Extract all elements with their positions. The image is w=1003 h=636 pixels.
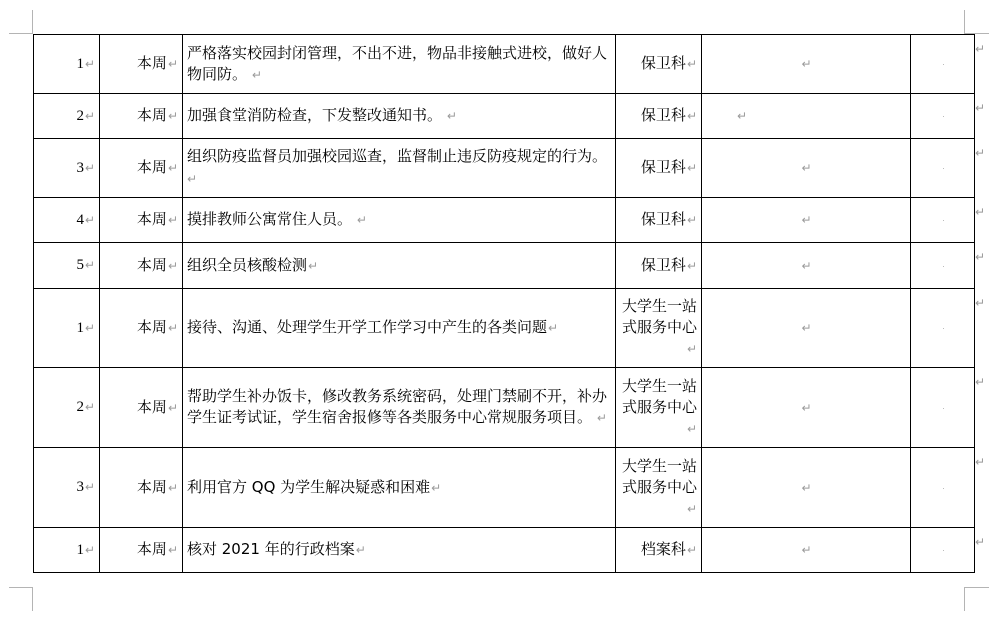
cell-timeframe[interactable]: 本周↵: [100, 139, 183, 198]
department-name: 档案科: [641, 540, 686, 558]
paragraph-mark-icon: ↵: [801, 401, 811, 415]
crop-mark-bottom-left-h: [9, 587, 33, 588]
paragraph-mark-icon: ↵: [737, 109, 747, 123]
cell-description[interactable]: 核对 2021 年的行政档案↵: [183, 528, 616, 573]
paragraph-mark-icon: ↵: [248, 68, 262, 82]
empty-cell-marker: [943, 220, 944, 221]
row-end-mark-icon: ↵: [975, 250, 985, 264]
department-name: 大学生一站式服务中心: [622, 297, 697, 336]
cell-remark[interactable]: [911, 368, 975, 448]
row-end-mark-icon: ↵: [975, 296, 985, 310]
table-row: 3↵本周↵利用官方 QQ 为学生解决疑惑和困难↵大学生一站式服务中心↵↵: [34, 448, 975, 528]
cell-note[interactable]: ↵: [702, 289, 911, 368]
crop-mark-top-left-v: [32, 10, 33, 34]
cell-department[interactable]: 大学生一站式服务中心↵: [616, 448, 702, 528]
paragraph-mark-icon: ↵: [431, 481, 441, 495]
cell-timeframe[interactable]: 本周↵: [100, 368, 183, 448]
paragraph-mark-icon: ↵: [687, 259, 697, 273]
paragraph-mark-icon: ↵: [801, 213, 811, 227]
empty-cell-marker: [943, 168, 944, 169]
department-name: 保卫科: [641, 54, 686, 72]
row-number: 4: [76, 212, 84, 228]
cell-note[interactable]: ↵: [702, 198, 911, 243]
work-plan-table: 1↵本周↵严格落实校园封闭管理，不出不进，物品非接触式进校，做好人物同防。 ↵保…: [33, 34, 975, 573]
table-row: 4↵本周↵摸排教师公寓常住人员。 ↵保卫科↵↵: [34, 198, 975, 243]
paragraph-mark-icon: ↵: [168, 161, 178, 175]
timeframe-text: 本周: [137, 318, 167, 336]
task-description: 核对 2021 年的行政档案: [187, 540, 355, 558]
cell-remark[interactable]: [911, 528, 975, 573]
cell-timeframe[interactable]: 本周↵: [100, 198, 183, 243]
cell-remark[interactable]: [911, 243, 975, 289]
cell-note[interactable]: ↵: [702, 368, 911, 448]
row-end-mark-icon: ↵: [975, 42, 985, 56]
cell-number[interactable]: 3↵: [34, 139, 100, 198]
cell-description[interactable]: 组织防疫监督员加强校园巡查，监督制止违反防疫规定的行为。 ↵: [183, 139, 616, 198]
department-name: 保卫科: [641, 106, 686, 124]
row-end-mark-icon: ↵: [975, 455, 985, 469]
task-description: 接待、沟通、处理学生开学工作学习中产生的各类问题: [187, 318, 547, 336]
crop-mark-bottom-right-h: [965, 587, 989, 588]
timeframe-text: 本周: [137, 540, 167, 558]
paragraph-mark-icon: ↵: [85, 161, 95, 175]
timeframe-text: 本周: [137, 398, 167, 416]
row-number: 2: [76, 399, 84, 415]
cell-note[interactable]: ↵: [702, 528, 911, 573]
empty-cell-marker: [943, 488, 944, 489]
paragraph-mark-icon: ↵: [168, 259, 178, 273]
row-number: 3: [76, 479, 84, 495]
cell-timeframe[interactable]: 本周↵: [100, 448, 183, 528]
table-row: 3↵本周↵组织防疫监督员加强校园巡查，监督制止违反防疫规定的行为。 ↵保卫科↵↵: [34, 139, 975, 198]
paragraph-mark-icon: ↵: [687, 213, 697, 227]
paragraph-mark-icon: ↵: [168, 57, 178, 71]
task-description: 组织全员核酸检测: [187, 256, 307, 274]
paragraph-mark-icon: ↵: [85, 321, 95, 335]
paragraph-mark-icon: ↵: [168, 321, 178, 335]
cell-description[interactable]: 组织全员核酸检测↵: [183, 243, 616, 289]
cell-note[interactable]: ↵: [702, 448, 911, 528]
row-end-mark-icon: ↵: [975, 205, 985, 219]
row-number: 2: [76, 108, 84, 124]
row-end-mark-icon: ↵: [975, 146, 985, 160]
cell-timeframe[interactable]: 本周↵: [100, 289, 183, 368]
cell-number[interactable]: 1↵: [34, 289, 100, 368]
paragraph-mark-icon: ↵: [308, 259, 318, 273]
cell-department[interactable]: 档案科↵: [616, 528, 702, 573]
row-number: 5: [76, 257, 84, 273]
cell-number[interactable]: 1↵: [34, 35, 100, 94]
cell-remark[interactable]: [911, 94, 975, 139]
paragraph-mark-icon: ↵: [593, 411, 607, 425]
timeframe-text: 本周: [137, 256, 167, 274]
timeframe-text: 本周: [137, 210, 167, 228]
paragraph-mark-icon: ↵: [443, 109, 457, 123]
paragraph-mark-icon: ↵: [801, 543, 811, 557]
paragraph-mark-icon: ↵: [801, 57, 811, 71]
department-name: 保卫科: [641, 210, 686, 228]
paragraph-mark-icon: ↵: [187, 172, 197, 186]
paragraph-mark-icon: ↵: [356, 543, 366, 557]
cell-remark[interactable]: [911, 289, 975, 368]
paragraph-mark-icon: ↵: [85, 213, 95, 227]
cell-department[interactable]: 大学生一站式服务中心↵: [616, 289, 702, 368]
cell-description[interactable]: 利用官方 QQ 为学生解决疑惑和困难↵: [183, 448, 616, 528]
department-name: 保卫科: [641, 256, 686, 274]
cell-note[interactable]: ↵: [702, 243, 911, 289]
cell-note[interactable]: ↵: [702, 35, 911, 94]
crop-mark-top-right-v: [964, 10, 965, 34]
crop-mark-top-left-h: [9, 33, 33, 34]
cell-remark[interactable]: [911, 448, 975, 528]
paragraph-mark-icon: ↵: [85, 400, 95, 414]
cell-number[interactable]: 2↵: [34, 368, 100, 448]
table-row: 1↵本周↵接待、沟通、处理学生开学工作学习中产生的各类问题↵大学生一站式服务中心…: [34, 289, 975, 368]
paragraph-mark-icon: ↵: [168, 481, 178, 495]
cell-note[interactable]: ↵: [702, 139, 911, 198]
department-name: 大学生一站式服务中心: [622, 457, 697, 496]
timeframe-text: 本周: [137, 54, 167, 72]
paragraph-mark-icon: ↵: [801, 321, 811, 335]
task-description: 组织防疫监督员加强校园巡查，监督制止违反防疫规定的行为。: [187, 147, 607, 165]
paragraph-mark-icon: ↵: [85, 543, 95, 557]
paragraph-mark-icon: ↵: [168, 109, 178, 123]
paragraph-mark-icon: ↵: [687, 342, 697, 356]
row-end-mark-icon: ↵: [975, 375, 985, 389]
row-number: 1: [76, 542, 84, 558]
cell-department[interactable]: 保卫科↵: [616, 243, 702, 289]
paragraph-mark-icon: ↵: [687, 422, 697, 436]
table-row: 5↵本周↵组织全员核酸检测↵保卫科↵↵: [34, 243, 975, 289]
cell-remark[interactable]: [911, 35, 975, 94]
cell-number[interactable]: 3↵: [34, 448, 100, 528]
paragraph-mark-icon: ↵: [168, 401, 178, 415]
cell-department[interactable]: 保卫科↵: [616, 35, 702, 94]
row-end-mark-icon: ↵: [975, 535, 985, 549]
task-description: 利用官方 QQ 为学生解决疑惑和困难: [187, 478, 430, 496]
cell-number[interactable]: 5↵: [34, 243, 100, 289]
cell-remark[interactable]: [911, 198, 975, 243]
paragraph-mark-icon: ↵: [168, 213, 178, 227]
cell-timeframe[interactable]: 本周↵: [100, 528, 183, 573]
cell-department[interactable]: 大学生一站式服务中心↵: [616, 368, 702, 448]
row-number: 1: [76, 56, 84, 72]
row-number: 3: [76, 160, 84, 176]
cell-description[interactable]: 严格落实校园封闭管理，不出不进，物品非接触式进校，做好人物同防。 ↵: [183, 35, 616, 94]
empty-cell-marker: [943, 408, 944, 409]
cell-timeframe[interactable]: 本周↵: [100, 35, 183, 94]
timeframe-text: 本周: [137, 158, 167, 176]
empty-cell-marker: [943, 266, 944, 267]
cell-timeframe[interactable]: 本周↵: [100, 94, 183, 139]
cell-description[interactable]: 加强食堂消防检查，下发整改通知书。 ↵: [183, 94, 616, 139]
cell-note[interactable]: ↵: [702, 94, 911, 139]
cell-department[interactable]: 保卫科↵: [616, 198, 702, 243]
paragraph-mark-icon: ↵: [801, 161, 811, 175]
cell-department[interactable]: 保卫科↵: [616, 94, 702, 139]
paragraph-mark-icon: ↵: [85, 480, 95, 494]
task-description: 加强食堂消防检查，下发整改通知书。: [187, 106, 442, 124]
empty-cell-marker: [943, 64, 944, 65]
cell-timeframe[interactable]: 本周↵: [100, 243, 183, 289]
table-row: 2↵本周↵加强食堂消防检查，下发整改通知书。 ↵保卫科↵↵: [34, 94, 975, 139]
table-row: 1↵本周↵核对 2021 年的行政档案↵档案科↵↵: [34, 528, 975, 573]
empty-cell-marker: [943, 116, 944, 117]
paragraph-mark-icon: ↵: [353, 213, 367, 227]
timeframe-text: 本周: [137, 106, 167, 124]
crop-mark-bottom-left-v: [32, 587, 33, 611]
cell-number[interactable]: 4↵: [34, 198, 100, 243]
table-row: 1↵本周↵严格落实校园封闭管理，不出不进，物品非接触式进校，做好人物同防。 ↵保…: [34, 35, 975, 94]
task-description: 摸排教师公寓常住人员。: [187, 210, 352, 228]
paragraph-mark-icon: ↵: [687, 502, 697, 516]
paragraph-mark-icon: ↵: [168, 543, 178, 557]
empty-cell-marker: [943, 550, 944, 551]
cell-number[interactable]: 1↵: [34, 528, 100, 573]
department-name: 大学生一站式服务中心: [622, 377, 697, 416]
cell-description[interactable]: 摸排教师公寓常住人员。 ↵: [183, 198, 616, 243]
timeframe-text: 本周: [137, 478, 167, 496]
paragraph-mark-icon: ↵: [85, 57, 95, 71]
cell-remark[interactable]: [911, 139, 975, 198]
paragraph-mark-icon: ↵: [687, 109, 697, 123]
paragraph-mark-icon: ↵: [85, 109, 95, 123]
cell-number[interactable]: 2↵: [34, 94, 100, 139]
row-end-mark-icon: ↵: [975, 101, 985, 115]
cell-department[interactable]: 保卫科↵: [616, 139, 702, 198]
paragraph-mark-icon: ↵: [687, 57, 697, 71]
crop-mark-bottom-right-v: [964, 587, 965, 611]
paragraph-mark-icon: ↵: [801, 259, 811, 273]
paragraph-mark-icon: ↵: [687, 161, 697, 175]
paragraph-mark-icon: ↵: [548, 321, 558, 335]
cell-description[interactable]: 帮助学生补办饭卡，修改教务系统密码，处理门禁刷不开，补办学生证考试证，学生宿舍报…: [183, 368, 616, 448]
paragraph-mark-icon: ↵: [85, 258, 95, 272]
department-name: 保卫科: [641, 158, 686, 176]
table-row: 2↵本周↵帮助学生补办饭卡，修改教务系统密码，处理门禁刷不开，补办学生证考试证，…: [34, 368, 975, 448]
cell-description[interactable]: 接待、沟通、处理学生开学工作学习中产生的各类问题↵: [183, 289, 616, 368]
empty-cell-marker: [943, 328, 944, 329]
task-description: 帮助学生补办饭卡，修改教务系统密码，处理门禁刷不开，补办学生证考试证，学生宿舍报…: [187, 387, 607, 426]
paragraph-mark-icon: ↵: [687, 543, 697, 557]
row-number: 1: [76, 320, 84, 336]
paragraph-mark-icon: ↵: [801, 481, 811, 495]
